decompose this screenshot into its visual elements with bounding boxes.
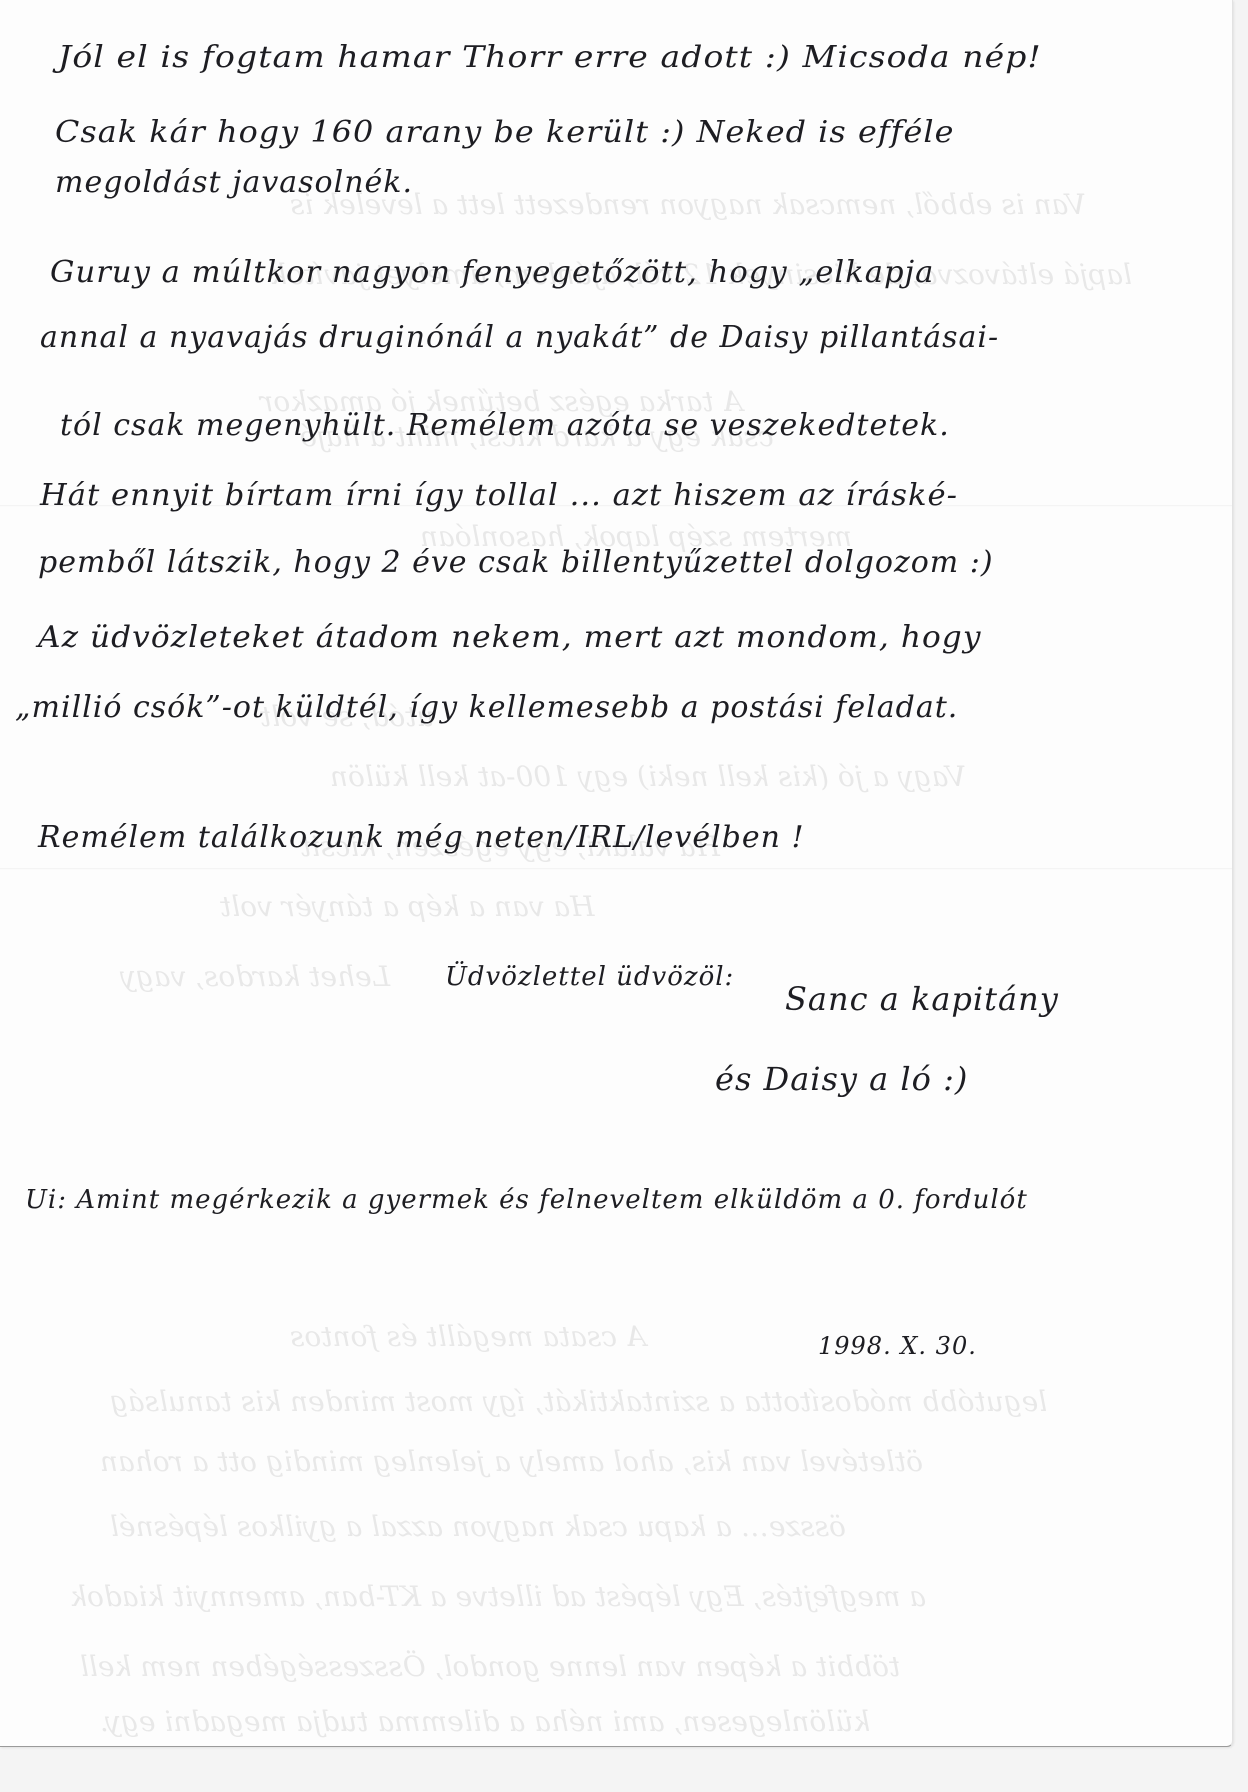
bleed-through-line: ötletével van kis, ahol amely a jelenleg…	[100, 1445, 923, 1478]
letter-line: Remélem találkozunk még neten/IRL/levélb…	[38, 820, 805, 855]
letter-line: Az üdvözleteket átadom nekem, mert azt m…	[38, 620, 981, 655]
bleed-through-line: össze… a kapu csak nagyon azzal a gyilko…	[110, 1510, 846, 1543]
letter-line: Jól el is fogtam hamar Thorr erre adott …	[58, 40, 1042, 75]
bleed-through-line: A csata megállt és fontos	[290, 1320, 646, 1353]
closing-greeting: Üdvözlettel üdvözöl:	[445, 962, 734, 992]
letter-line: annal a nyavajás druginónál a nyakát” de…	[40, 320, 999, 355]
signature: Sanc a kapitány	[785, 980, 1059, 1018]
bleed-through-line: a megfejtés, Egy lépést ad illetve a KT-…	[70, 1580, 926, 1613]
bleed-through-line: Ha van a kép a tányér volt	[220, 890, 595, 923]
letter-line: tól csak megenyhült. Remélem azóta se ve…	[60, 408, 950, 443]
bleed-through-line: többit a képen van lenne gondol, Összess…	[80, 1650, 900, 1683]
paper-fold	[0, 868, 1232, 870]
letter-line: Hát ennyit bírtam írni így tollal ... az…	[40, 478, 958, 513]
letter-line: pemből látszik, hogy 2 éve csak billenty…	[38, 545, 994, 580]
bleed-through-line: különlegesen, ami néha a dilemma tudja m…	[100, 1705, 870, 1738]
letter-date: 1998. X. 30.	[818, 1332, 977, 1360]
postscript: Ui: Amint megérkezik a gyermek és felnev…	[25, 1185, 1028, 1215]
letter-line: Guruy a múltkor nagyon fenyegetőzött, ho…	[50, 255, 934, 290]
letter-page: Van is ebből, nemcsak nagyon rendezett l…	[0, 0, 1233, 1747]
letter-line: megoldást javasolnék.	[55, 165, 413, 200]
signature-second-line: és Daisy a ló :)	[715, 1060, 968, 1098]
bleed-through-line: legutóbb módosította a szintaktikát, így…	[110, 1385, 1047, 1418]
bleed-through-line: Vagy a jó (kis kell neki) egy 100-at kel…	[330, 760, 966, 793]
bleed-through-line: Lehet kardos, vagy	[120, 960, 390, 993]
letter-line: „millió csók”-ot küldtél, így kellemeseb…	[15, 690, 958, 725]
letter-line: Csak kár hogy 160 arany be került :) Nek…	[55, 115, 954, 150]
